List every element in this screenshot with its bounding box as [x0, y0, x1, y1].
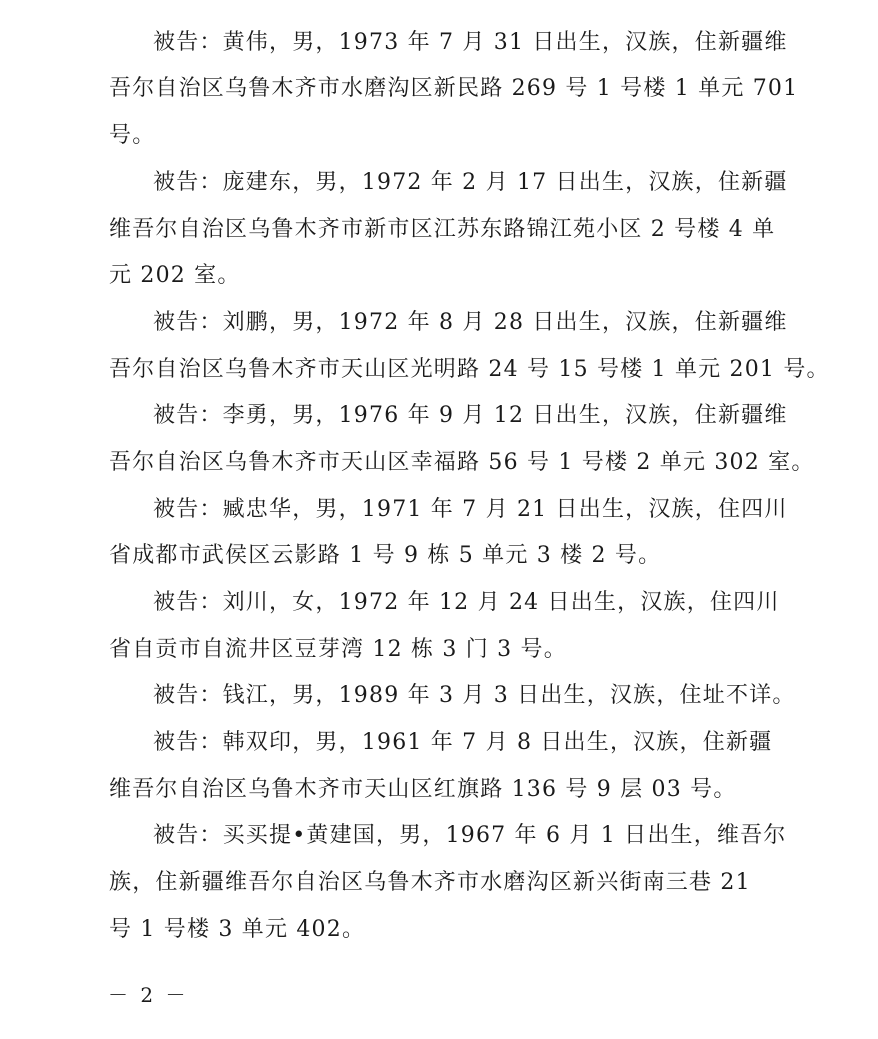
defendant-maimaiti-huang-jianguo-line-2: 族，住新疆维吾尔自治区乌鲁木齐市水磨沟区新兴街南三巷 21 — [109, 868, 751, 898]
defendant-qian-jiang-line-1: 被告：钱江，男，1989 年 3 月 3 日出生，汉族，住址不详。 — [153, 681, 796, 711]
page-number: － 2 － — [108, 982, 188, 1008]
defendant-liu-chuan-line-1: 被告：刘川，女，1972 年 12 月 24 日出生，汉族，住四川 — [153, 588, 780, 618]
defendant-pang-jiandong-line-3: 元 202 室。 — [109, 261, 241, 291]
defendant-liu-chuan-line-2: 省自贡市自流井区豆芽湾 12 栋 3 门 3 号。 — [109, 635, 567, 665]
defendant-pang-jiandong-line-2: 维吾尔自治区乌鲁木齐市新市区江苏东路锦江苑小区 2 号楼 4 单 — [109, 215, 775, 245]
defendant-maimaiti-huang-jianguo-line-1: 被告：买买提•黄建国，男，1967 年 6 月 1 日出生，维吾尔 — [153, 821, 787, 851]
defendant-huang-wei-line-2: 吾尔自治区乌鲁木齐市水磨沟区新民路 269 号 1 号楼 1 单元 701 — [109, 74, 798, 104]
defendant-li-yong-line-2: 吾尔自治区乌鲁木齐市天山区幸福路 56 号 1 号楼 2 单元 302 室。 — [109, 448, 815, 478]
defendant-liu-peng-line-1: 被告：刘鹏，男，1972 年 8 月 28 日出生，汉族，住新疆维 — [153, 308, 788, 338]
defendant-pang-jiandong-line-1: 被告：庞建东，男，1972 年 2 月 17 日出生，汉族，住新疆 — [153, 168, 788, 198]
defendant-zang-zhonghua-line-2: 省成都市武侯区云影路 1 号 9 栋 5 单元 3 楼 2 号。 — [109, 541, 661, 571]
defendant-li-yong-line-1: 被告：李勇，男，1976 年 9 月 12 日出生，汉族，住新疆维 — [153, 401, 788, 431]
defendant-liu-peng-line-2: 吾尔自治区乌鲁木齐市天山区光明路 24 号 15 号楼 1 单元 201 号。 — [109, 355, 830, 385]
defendant-han-shuangyin-line-1: 被告：韩双印，男，1961 年 7 月 8 日出生，汉族，住新疆 — [153, 728, 772, 758]
defendant-han-shuangyin-line-2: 维吾尔自治区乌鲁木齐市天山区红旗路 136 号 9 层 03 号。 — [109, 775, 737, 805]
defendant-maimaiti-huang-jianguo-line-3: 号 1 号楼 3 单元 402。 — [109, 915, 365, 945]
defendant-huang-wei-line-3: 号。 — [109, 121, 155, 151]
defendant-zang-zhonghua-line-1: 被告：臧忠华，男，1971 年 7 月 21 日出生，汉族，住四川 — [153, 495, 788, 525]
defendant-huang-wei-line-1: 被告：黄伟，男，1973 年 7 月 31 日出生，汉族，住新疆维 — [153, 28, 788, 58]
